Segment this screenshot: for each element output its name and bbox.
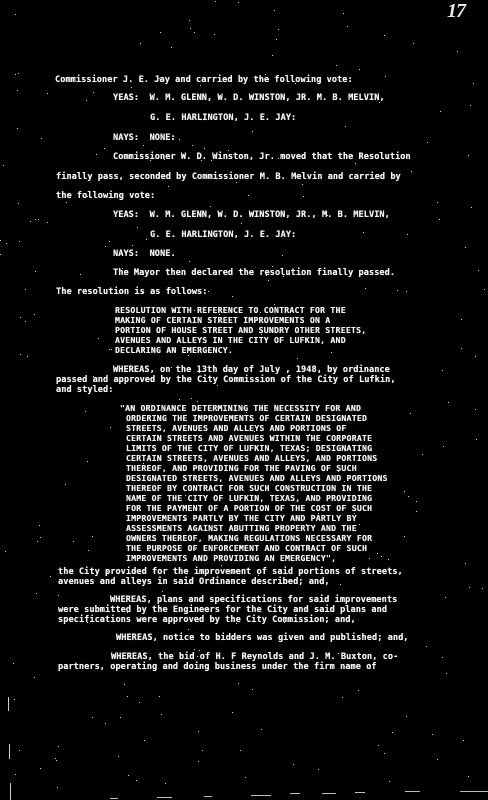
- whereas-1-line: and styled:: [56, 385, 113, 395]
- whereas-4-line: WHEREAS, the bid of H. F Reynolds and J.…: [111, 652, 398, 662]
- whereas-3-line: WHEREAS, notice to bidders was given and…: [116, 633, 409, 643]
- scanned-document-page: 17 Commissioner J. E. Jay and carried by…: [0, 0, 488, 800]
- lines-line: YEAS: W. M. GLENN, W. D. WINSTON, JR. M.…: [113, 93, 385, 103]
- whereas-2-line: WHEREAS, plans and specifications for sa…: [110, 595, 397, 605]
- page-number: 17: [447, 0, 465, 23]
- lines-line: G. E. HARLINGTON, J. E. JAY:: [150, 230, 296, 240]
- resolution-title-line: PORTION OF HOUSE STREET AND SUNDRY OTHER…: [115, 325, 366, 335]
- ordinance-quote-line: THEREOF, AND PROVIDING FOR THE PAVING OF…: [126, 463, 357, 473]
- ordinance-quote-line: CERTAIN STREETS, AVENUES AND ALLEYS, AND…: [126, 453, 377, 463]
- ordinance-quote-line: NAME OF THE CITY OF LUFKIN, TEXAS, AND P…: [126, 493, 372, 503]
- after-quote-line: the City provided for the improvement of…: [58, 567, 403, 577]
- ordinance-quote-line: IMPROVEMENTS PARTLY BY THE CITY AND PART…: [126, 513, 357, 523]
- ordinance-quote-line: IMPROVEMENTS AND PROVIDING AN EMERGENCY"…: [126, 553, 336, 563]
- lines-line: NAYS: NONE.: [113, 249, 176, 259]
- ordinance-quote-line: ASSESSMENTS AGAINST ABUTTING PROPERTY AN…: [126, 523, 357, 533]
- after-quote-line: avenues and alleys in said Ordinance des…: [58, 577, 330, 587]
- ordinance-quote-line: THE PURPOSE OF ENFORCEMENT AND CONTRACT …: [126, 543, 367, 553]
- ordinance-quote-line: "AN ORDINANCE DETERMINING THE NECESSITY …: [120, 403, 361, 413]
- resolution-title-line: RESOLUTION WITH REFERENCE TO CONTRACT FO…: [115, 305, 346, 315]
- lines-line: The resolution is as follows:: [56, 287, 208, 297]
- ordinance-quote-line: THEREOF BY CONTRACT FOR SUCH CONSTRUCTIO…: [126, 483, 372, 493]
- whereas-1-line: WHEREAS, on the 13th day of July , 1948,…: [113, 365, 390, 375]
- resolution-title-line: DECLARING AN EMERGENCY.: [115, 345, 233, 355]
- ordinance-quote-line: FOR THE PAYMENT OF A PORTION OF THE COST…: [126, 503, 372, 513]
- whereas-4-line: partners, operating and doing business u…: [58, 662, 377, 672]
- lines-line: Commissioner J. E. Jay and carried by th…: [55, 75, 353, 85]
- lines-line: Commissioner W. D. Winston, Jr. moved th…: [113, 152, 411, 162]
- ordinance-quote-line: STREETS, AVENUES AND ALLEYS AND PORTIONS…: [126, 423, 347, 433]
- lines-line: G. E. HARLINGTON, J. E. JAY:: [150, 113, 296, 123]
- whereas-2-line: were submitted by the Engineers for the …: [58, 605, 387, 615]
- ordinance-quote-line: ORDERING THE IMPROVEMENTS OF CERTAIN DES…: [126, 413, 367, 423]
- lines-line: finally pass, seconded by Commissioner M…: [56, 172, 401, 182]
- resolution-title-line: MAKING OF CERTAIN STREET IMPROVEMENTS ON…: [115, 315, 330, 325]
- ordinance-quote-line: DESIGNATED STREETS, AVENUES AND ALLEYS A…: [126, 473, 388, 483]
- lines-line: The Mayor then declared the resolution f…: [113, 268, 395, 278]
- lines-line: YEAS: W. M. GLENN, W. D. WINSTON, JR., M…: [113, 210, 390, 220]
- resolution-title-line: AVENUES AND ALLEYS IN THE CITY OF LUFKIN…: [115, 335, 346, 345]
- ordinance-quote-line: OWNERS THEREOF, MAKING REGULATIONS NECES…: [126, 533, 372, 543]
- whereas-2-line: specifications were approved by the City…: [58, 615, 356, 625]
- lines-line: NAYS: NONE:: [113, 133, 176, 143]
- ordinance-quote-line: LIMITS OF THE CITY OF LUFKIN, TEXAS; DES…: [126, 443, 372, 453]
- lines-line: the following vote:: [56, 191, 155, 201]
- ordinance-quote-line: CERTAIN STREETS AND AVENUES WITHIN THE C…: [126, 433, 372, 443]
- whereas-1-line: passed and approved by the City Commissi…: [56, 375, 396, 385]
